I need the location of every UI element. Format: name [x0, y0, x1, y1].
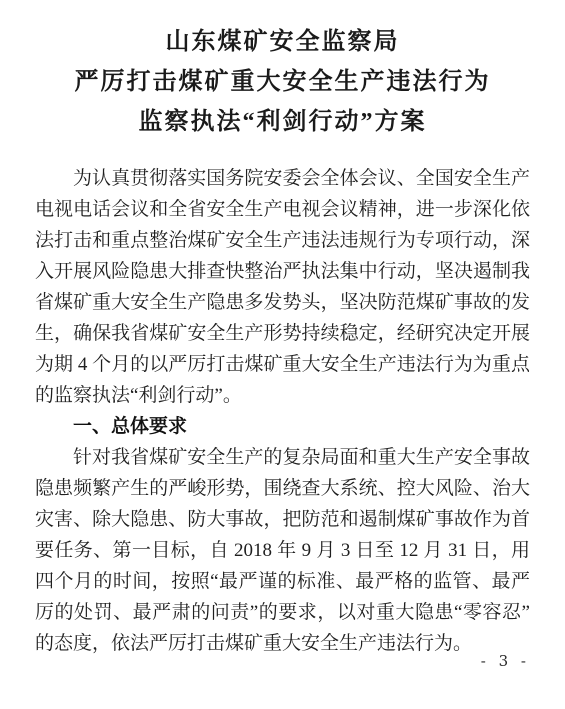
document-body: 为认真贯彻落实国务院安委会全体会议、全国安全生产电视电话会议和全省安全生产电视会…	[35, 163, 530, 659]
page-number: - 3 -	[481, 652, 530, 670]
title-line-plan-name: 监察执法“利剑行动”方案	[0, 102, 565, 142]
document-footer: - 3 -	[481, 652, 530, 671]
section-paragraph-overall-requirements: 针对我省煤矿安全生产的复杂局面和重大生产安全事故隐患频繁产生的严峻形势，围绕查大…	[35, 442, 530, 659]
title-line-subject: 严厉打击煤矿重大安全生产违法行为	[0, 62, 565, 102]
intro-paragraph: 为认真贯彻落实国务院安委会全体会议、全国安全生产电视电话会议和全省安全生产电视会…	[35, 163, 530, 411]
document-title-block: 山东煤矿安全监察局 严厉打击煤矿重大安全生产违法行为 监察执法“利剑行动”方案	[0, 0, 565, 142]
title-line-issuer: 山东煤矿安全监察局	[0, 22, 565, 62]
document-page: 山东煤矿安全监察局 严厉打击煤矿重大安全生产违法行为 监察执法“利剑行动”方案 …	[0, 0, 565, 709]
section-heading-overall-requirements: 一、总体要求	[35, 411, 530, 442]
